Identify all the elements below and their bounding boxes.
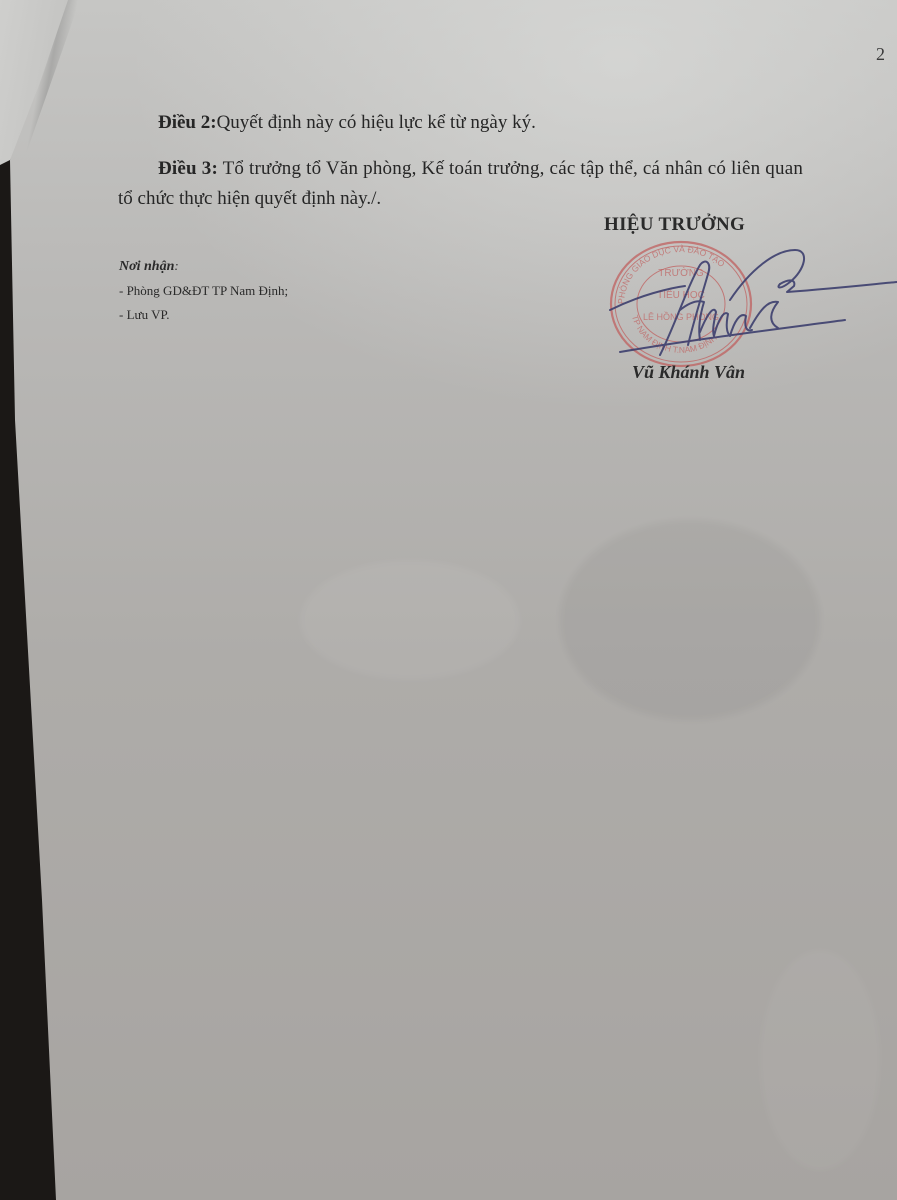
recipient-item: - Lưu VP. [119,307,288,323]
signer-name: Vũ Khánh Vân [632,362,745,383]
article-3-text: Tổ trưởng tổ Văn phòng, Kế toán trưởng, … [218,158,803,179]
recipients-colon: : [174,258,178,273]
article-3-continuation: tổ chức thực hiện quyết định này./. [118,188,381,210]
page-number: 2 [876,44,885,65]
signer-title: HIỆU TRƯỞNG [604,214,745,236]
document-page [0,0,897,1200]
article-3: Điều 3: Tổ trưởng tổ Văn phòng, Kế toán … [158,158,803,180]
paper-crease [560,520,820,720]
recipients-title: Nơi nhận [119,259,174,274]
handwritten-signature [600,240,897,380]
paper-crease [300,560,520,680]
article-2: Điều 2:Quyết định này có hiệu lực kể từ … [158,112,536,134]
article-2-label: Điều 2: [158,112,217,133]
article-2-text: Quyết định này có hiệu lực kể từ ngày ký… [217,112,536,133]
paper-crease [760,950,880,1170]
recipient-item: - Phòng GD&ĐT TP Nam Định; [119,283,288,299]
recipients-block: Nơi nhận: - Phòng GD&ĐT TP Nam Định; - L… [119,258,288,323]
article-3-label: Điều 3: [158,158,218,179]
